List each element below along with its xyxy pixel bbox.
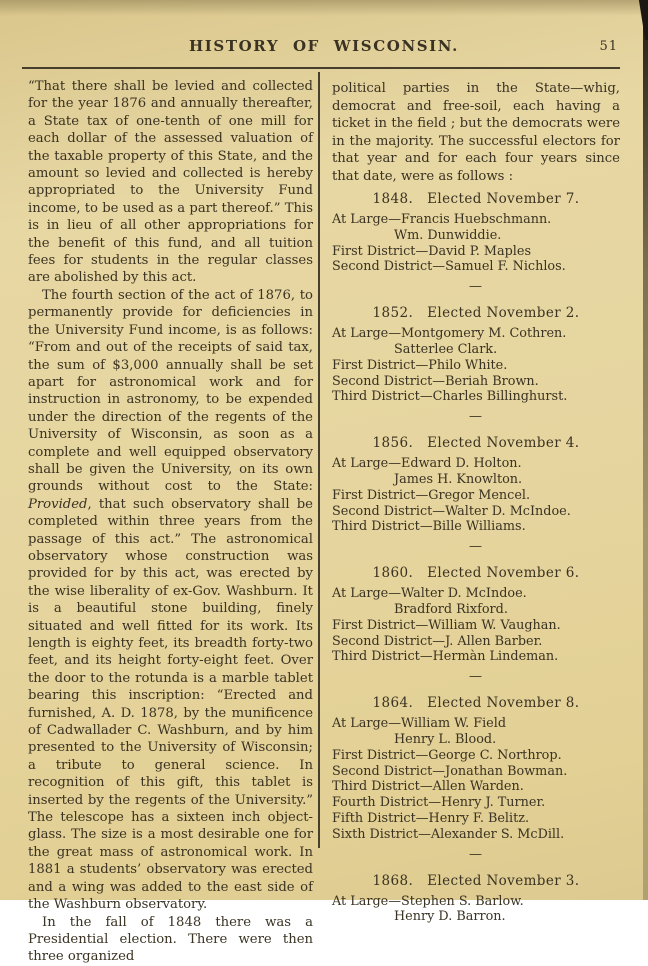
section-heading: 1856.Elected November 4. bbox=[332, 435, 620, 451]
elector-line: Sixth District—Alexander S. McDill. bbox=[332, 827, 620, 843]
election-section: 1868.Elected November 3.At Large—Stephen… bbox=[332, 873, 620, 900]
elector-line: First District—Gregor Mencel. bbox=[332, 488, 620, 504]
elector-line: Wm. Dunwiddie. bbox=[394, 228, 620, 244]
paragraph-observatory-text-1: The fourth section of the act of 1876, t… bbox=[28, 288, 313, 494]
elector-line: Henry L. Blood. bbox=[394, 732, 620, 748]
section-separator: — bbox=[332, 405, 620, 429]
paragraph-levy-act: “That there shall be levied and collecte… bbox=[28, 78, 313, 287]
scan-top-shadow bbox=[0, 0, 648, 16]
elector-lines: At Large—Edward D. Holton.James H. Knowl… bbox=[332, 456, 620, 535]
right-column: political parties in the State—whig, dem… bbox=[332, 80, 620, 900]
elector-line: First District—William W. Vaughan. bbox=[332, 618, 620, 634]
elector-line: James H. Knowlton. bbox=[394, 472, 620, 488]
section-year: 1848. bbox=[373, 191, 414, 207]
elector-line: Fifth District—Henry F. Belitz. bbox=[332, 811, 620, 827]
scan-corner-shadow bbox=[634, 0, 648, 40]
elector-line: Satterlee Clark. bbox=[394, 342, 620, 358]
left-column: “That there shall be levied and collecte… bbox=[28, 78, 313, 900]
section-title: Elected November 4. bbox=[427, 435, 579, 451]
section-separator: — bbox=[332, 535, 620, 559]
page-header: HISTORY OF WISCONSIN. bbox=[0, 36, 648, 55]
elector-line: At Large—Stephen S. Barlow. bbox=[332, 894, 620, 900]
section-title: Elected November 3. bbox=[427, 873, 579, 889]
section-separator: — bbox=[332, 275, 620, 299]
section-heading: 1848.Elected November 7. bbox=[332, 191, 620, 207]
elector-line: At Large—Francis Huebschmann. bbox=[332, 212, 620, 228]
section-heading: 1868.Elected November 3. bbox=[332, 873, 620, 889]
scan-edge-shadow bbox=[643, 0, 648, 900]
section-heading: 1864.Elected November 8. bbox=[332, 695, 620, 711]
section-separator: — bbox=[332, 665, 620, 689]
election-section: 1860.Elected November 6.At Large—Walter … bbox=[332, 565, 620, 689]
elector-line: Second District—Jonathan Bowman. bbox=[332, 764, 620, 780]
elector-lines: At Large—Walter D. McIndoe.Bradford Rixf… bbox=[332, 586, 620, 665]
elector-lines: At Large—William W. FieldHenry L. Blood.… bbox=[332, 716, 620, 842]
election-section: 1864.Elected November 8.At Large—William… bbox=[332, 695, 620, 866]
elector-line: First District—Philo White. bbox=[332, 358, 620, 374]
header-rule bbox=[22, 67, 620, 69]
elector-line: At Large—Edward D. Holton. bbox=[332, 456, 620, 472]
paragraph-observatory: The fourth section of the act of 1876, t… bbox=[28, 287, 313, 900]
election-section: 1848.Elected November 7.At Large—Francis… bbox=[332, 191, 620, 299]
section-year: 1852. bbox=[373, 305, 414, 321]
elector-line: Second District—Beriah Brown. bbox=[332, 374, 620, 390]
section-heading: 1860.Elected November 6. bbox=[332, 565, 620, 581]
elector-line: First District—George C. Northrop. bbox=[332, 748, 620, 764]
elector-lines: At Large—Montgomery M. Cothren.Satterlee… bbox=[332, 326, 620, 405]
section-year: 1868. bbox=[373, 873, 414, 889]
elector-lines: At Large—Francis Huebschmann.Wm. Dunwidd… bbox=[332, 212, 620, 275]
column-divider bbox=[318, 72, 320, 848]
elector-line: First District—David P. Maples bbox=[332, 244, 620, 260]
provided-italic: Provided bbox=[28, 497, 87, 512]
election-section: 1856.Elected November 4.At Large—Edward … bbox=[332, 435, 620, 559]
elector-line: Third District—Hermàn Lindeman. bbox=[332, 649, 620, 665]
elector-line: At Large—William W. Field bbox=[332, 716, 620, 732]
section-year: 1856. bbox=[373, 435, 414, 451]
section-year: 1860. bbox=[373, 565, 414, 581]
election-sections: 1848.Elected November 7.At Large—Francis… bbox=[332, 191, 620, 900]
election-section: 1852.Elected November 2.At Large—Montgom… bbox=[332, 305, 620, 429]
elector-line: Second District—J. Allen Barber. bbox=[332, 634, 620, 650]
elector-line: Second District—Walter D. McIndoe. bbox=[332, 504, 620, 520]
section-title: Elected November 7. bbox=[427, 191, 579, 207]
section-title: Elected November 8. bbox=[427, 695, 579, 711]
section-title: Elected November 6. bbox=[427, 565, 579, 581]
elector-line: Third District—Bille Williams. bbox=[332, 519, 620, 535]
paragraph-observatory-text-2: , that such observatory shall be complet… bbox=[28, 497, 313, 900]
elector-line: At Large—Montgomery M. Cothren. bbox=[332, 326, 620, 342]
elector-line: Second District—Samuel F. Nichlos. bbox=[332, 259, 620, 275]
intro-paragraph: political parties in the State—whig, dem… bbox=[332, 80, 620, 185]
book-page: HISTORY OF WISCONSIN. 51 “That there sha… bbox=[0, 0, 648, 900]
section-year: 1864. bbox=[373, 695, 414, 711]
elector-line: Bradford Rixford. bbox=[394, 602, 620, 618]
elector-lines: At Large—Stephen S. Barlow.Henry D. Barr… bbox=[332, 894, 620, 900]
elector-line: Fourth District—Henry J. Turner. bbox=[332, 795, 620, 811]
elector-line: Third District—Charles Billinghurst. bbox=[332, 389, 620, 405]
page-number: 51 bbox=[599, 39, 618, 54]
elector-line: At Large—Walter D. McIndoe. bbox=[332, 586, 620, 602]
section-heading: 1852.Elected November 2. bbox=[332, 305, 620, 321]
section-title: Elected November 2. bbox=[427, 305, 579, 321]
page-title: HISTORY OF WISCONSIN. bbox=[189, 37, 459, 55]
elector-line: Third District—Allen Warden. bbox=[332, 779, 620, 795]
section-separator: — bbox=[332, 843, 620, 867]
